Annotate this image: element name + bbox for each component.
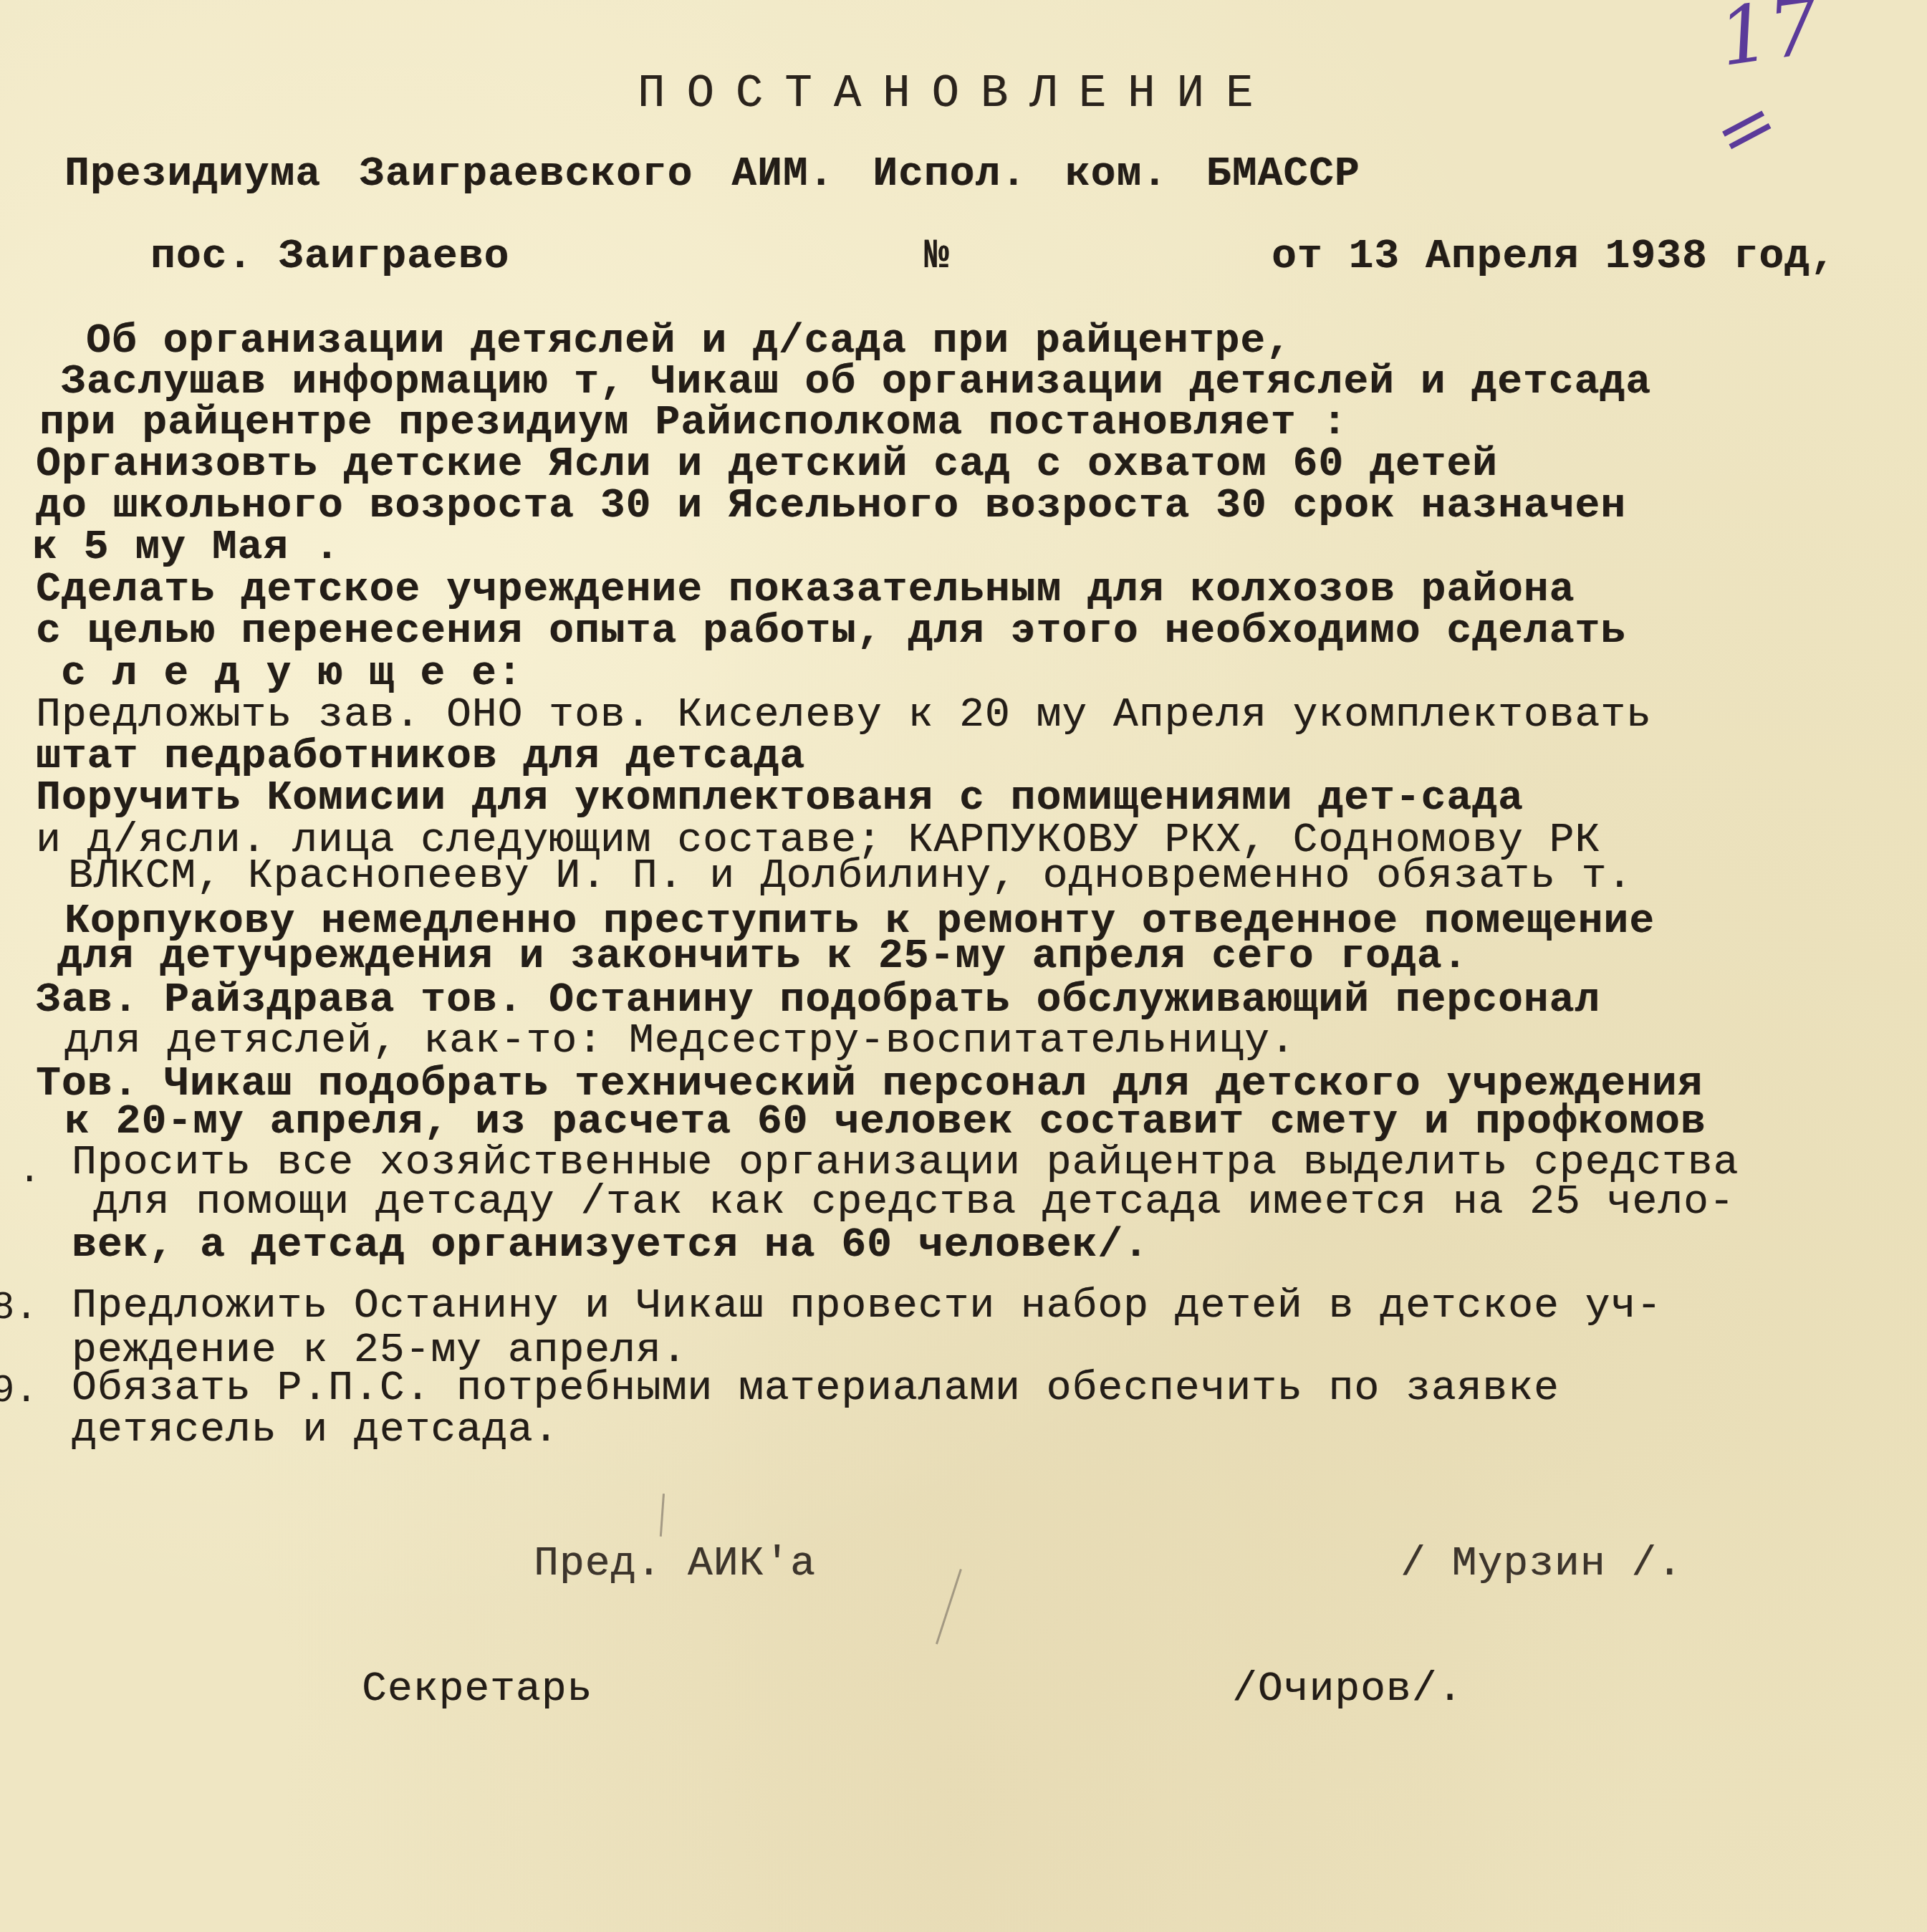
body-line: с целью перенесения опыта работы, для эт… — [36, 611, 1626, 653]
body-line: до школьного возроста 30 и Ясельного воз… — [36, 486, 1626, 527]
body-line: век, а детсад организуется на 60 человек… — [72, 1225, 1149, 1267]
handwritten-mark: = — [1699, 77, 1792, 179]
margin-number: 9. — [0, 1370, 38, 1413]
body-line: для помощи детсаду /так как средства дет… — [93, 1182, 1735, 1224]
secretary-name: /Очиров/. — [1232, 1669, 1463, 1711]
body-line: для детучреждения и закончить к 25-му ап… — [57, 936, 1468, 978]
archival-document-page: 17 = ПОСТАНОВЛЕНИЕ Президиума Заиграевск… — [0, 0, 1927, 1932]
body-line: ВЛКСМ, Краснопееву И. П. и Долбилину, од… — [68, 856, 1633, 898]
subject-line: Об организации детяслей и д/сада при рай… — [86, 321, 1292, 362]
pencil-mark — [660, 1494, 665, 1537]
number-label: № — [924, 236, 950, 278]
handwritten-page-number: 17 — [1714, 0, 1825, 84]
document-title: ПОСТАНОВЛЕНИЕ — [638, 72, 1274, 117]
body-line: для детяслей, как-то: Медсестру-воспитат… — [64, 1021, 1296, 1062]
body-line: Просить все хозяйственные организации ра… — [72, 1143, 1739, 1184]
margin-number: . — [18, 1150, 41, 1193]
secretary-label: Секретарь — [362, 1669, 592, 1711]
margin-number: 8. — [0, 1287, 38, 1330]
place-line: пос. Заиграево — [150, 236, 509, 278]
date-line: от 13 Апреля 1938 год, — [1272, 236, 1836, 278]
body-line: Сделать детское учреждение показательным… — [36, 569, 1575, 611]
body-line: при райцентре президиум Райисполкома пос… — [39, 403, 1347, 444]
chair-name: / Мурзин /. — [1400, 1544, 1683, 1585]
body-line: Заслушав информацию т, Чикаш об организа… — [61, 362, 1651, 403]
body-line: штат педработников для детсада — [36, 736, 805, 778]
body-line: Обязать Р.П.С. потребными материалами об… — [72, 1368, 1560, 1410]
body-line: Зав. Райздрава тов. Останину подобрать о… — [36, 980, 1600, 1022]
pencil-mark — [936, 1569, 962, 1645]
body-line: Предложыть зав. ОНО тов. Киселеву к 20 м… — [36, 695, 1652, 736]
body-line: к 20-му апреля, из расчета 60 человек со… — [64, 1102, 1706, 1143]
chair-label: Пред. АИК'а — [534, 1544, 816, 1585]
body-line: детясель и детсада. — [72, 1410, 559, 1451]
body-line: Предложить Останину и Чикаш провести наб… — [72, 1286, 1662, 1327]
body-line: с л е д у ю щ е е: — [61, 653, 523, 695]
issuer-line: Президиума Заиграевского АИМ. Испол. ком… — [64, 154, 1360, 196]
body-line: Поручить Комисии для укомплектованя с по… — [36, 778, 1524, 820]
body-line: к 5 му Мая . — [32, 527, 340, 569]
body-line: Организовть детские Ясли и детский сад с… — [36, 444, 1498, 486]
